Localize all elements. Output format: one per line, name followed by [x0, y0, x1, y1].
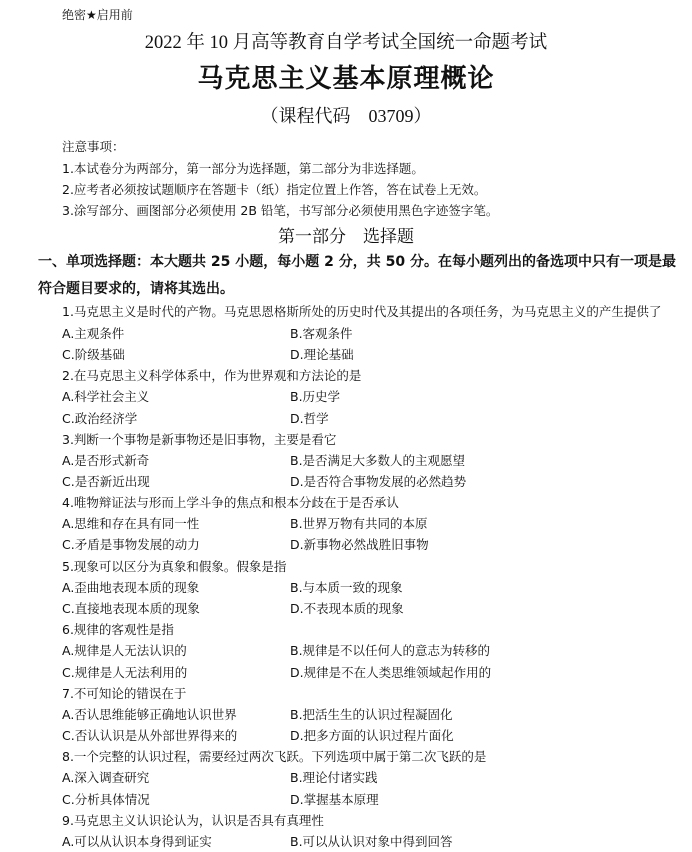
option-b: B.把活生生的认识过程凝固化	[290, 705, 453, 723]
option-b: B.历史学	[290, 387, 340, 405]
question-stem: 7.不可知论的错误在于	[62, 684, 186, 702]
option-a: A.主观条件	[62, 324, 124, 342]
option-d: D.掌握基本原理	[290, 790, 379, 808]
question-stem: 1.马克思主义是时代的产物。马克思恩格斯所处的历史时代及其提出的各项任务，为马克…	[62, 302, 661, 320]
option-b: B.理论付诸实践	[290, 768, 378, 786]
option-b: B.规律是不以任何人的意志为转移的	[290, 641, 490, 659]
option-a: A.科学社会主义	[62, 387, 149, 405]
question-stem: 2.在马克思主义科学体系中，作为世界观和方法论的是	[62, 366, 361, 384]
option-d: D.理论基础	[290, 345, 354, 363]
option-b: B.是否满足大多数人的主观愿望	[290, 451, 465, 469]
option-c: C.阶级基础	[62, 345, 125, 363]
option-a: A.深入调查研究	[62, 768, 149, 786]
option-a: A.思维和存在具有同一性	[62, 514, 199, 532]
exam-title: 2022 年 10 月高等教育自学考试全国统一命题考试	[0, 28, 692, 54]
option-a: A.可以从认识本身得到证实	[62, 832, 212, 850]
option-c: C.直接地表现本质的现象	[62, 599, 200, 617]
question-stem: 8.一个完整的认识过程，需要经过两次飞跃。下列选项中属于第二次飞跃的是	[62, 747, 486, 765]
option-b: B.世界万物有共同的本原	[290, 514, 428, 532]
notice-item: 3.涂写部分、画图部分必须使用 2B 铅笔，书写部分必须使用黑色字迹签字笔。	[62, 201, 498, 219]
option-d: D.哲学	[290, 409, 329, 427]
course-title: 马克思主义基本原理概论	[0, 58, 692, 95]
option-b: B.客观条件	[290, 324, 353, 342]
option-d: D.是否符合事物发展的必然趋势	[290, 472, 466, 490]
question-stem: 9.马克思主义认识论认为，认识是否具有真理性	[62, 811, 324, 829]
option-d: D.把多方面的认识过程片面化	[290, 726, 454, 744]
option-d: D.不表现本质的现象	[290, 599, 404, 617]
option-a: A.规律是人无法认识的	[62, 641, 187, 659]
option-c: C.政治经济学	[62, 409, 137, 427]
question-stem: 4.唯物辩证法与形而上学斗争的焦点和根本分歧在于是否承认	[62, 493, 399, 511]
option-c: C.规律是人无法利用的	[62, 663, 187, 681]
confidential-label: 绝密★启用前	[62, 6, 133, 23]
notice-item: 2.应考者必须按试题顺序在答题卡（纸）指定位置上作答，答在试卷上无效。	[62, 180, 486, 198]
option-c: C.分析具体情况	[62, 790, 150, 808]
option-c: C.矛盾是事物发展的动力	[62, 535, 200, 553]
course-code: （课程代码 03709）	[0, 102, 692, 128]
option-a: A.是否形式新奇	[62, 451, 149, 469]
option-b: B.与本质一致的现象	[290, 578, 403, 596]
option-d: D.新事物必然战胜旧事物	[290, 535, 429, 553]
question-stem: 6.规律的客观性是指	[62, 620, 174, 638]
option-d: D.规律是不在人类思维领域起作用的	[290, 663, 491, 681]
notice-title: 注意事项：	[62, 137, 125, 155]
option-a: A.否认思维能够正确地认识世界	[62, 705, 237, 723]
option-c: C.是否新近出现	[62, 472, 150, 490]
option-a: A.歪曲地表现本质的现象	[62, 578, 199, 596]
question-stem: 3.判断一个事物是新事物还是旧事物，主要是看它	[62, 430, 336, 448]
part-title: 第一部分 选择题	[0, 222, 692, 247]
section-heading: 一、单项选择题：本大题共 25 小题，每小题 2 分，共 50 分。在每小题列出…	[38, 249, 688, 303]
option-b: B.可以从认识对象中得到回答	[290, 832, 453, 850]
notice-item: 1.本试卷分为两部分，第一部分为选择题，第二部分为非选择题。	[62, 159, 424, 177]
question-stem: 5.现象可以区分为真象和假象。假象是指	[62, 557, 286, 575]
option-c: C.否认认识是从外部世界得来的	[62, 726, 237, 744]
